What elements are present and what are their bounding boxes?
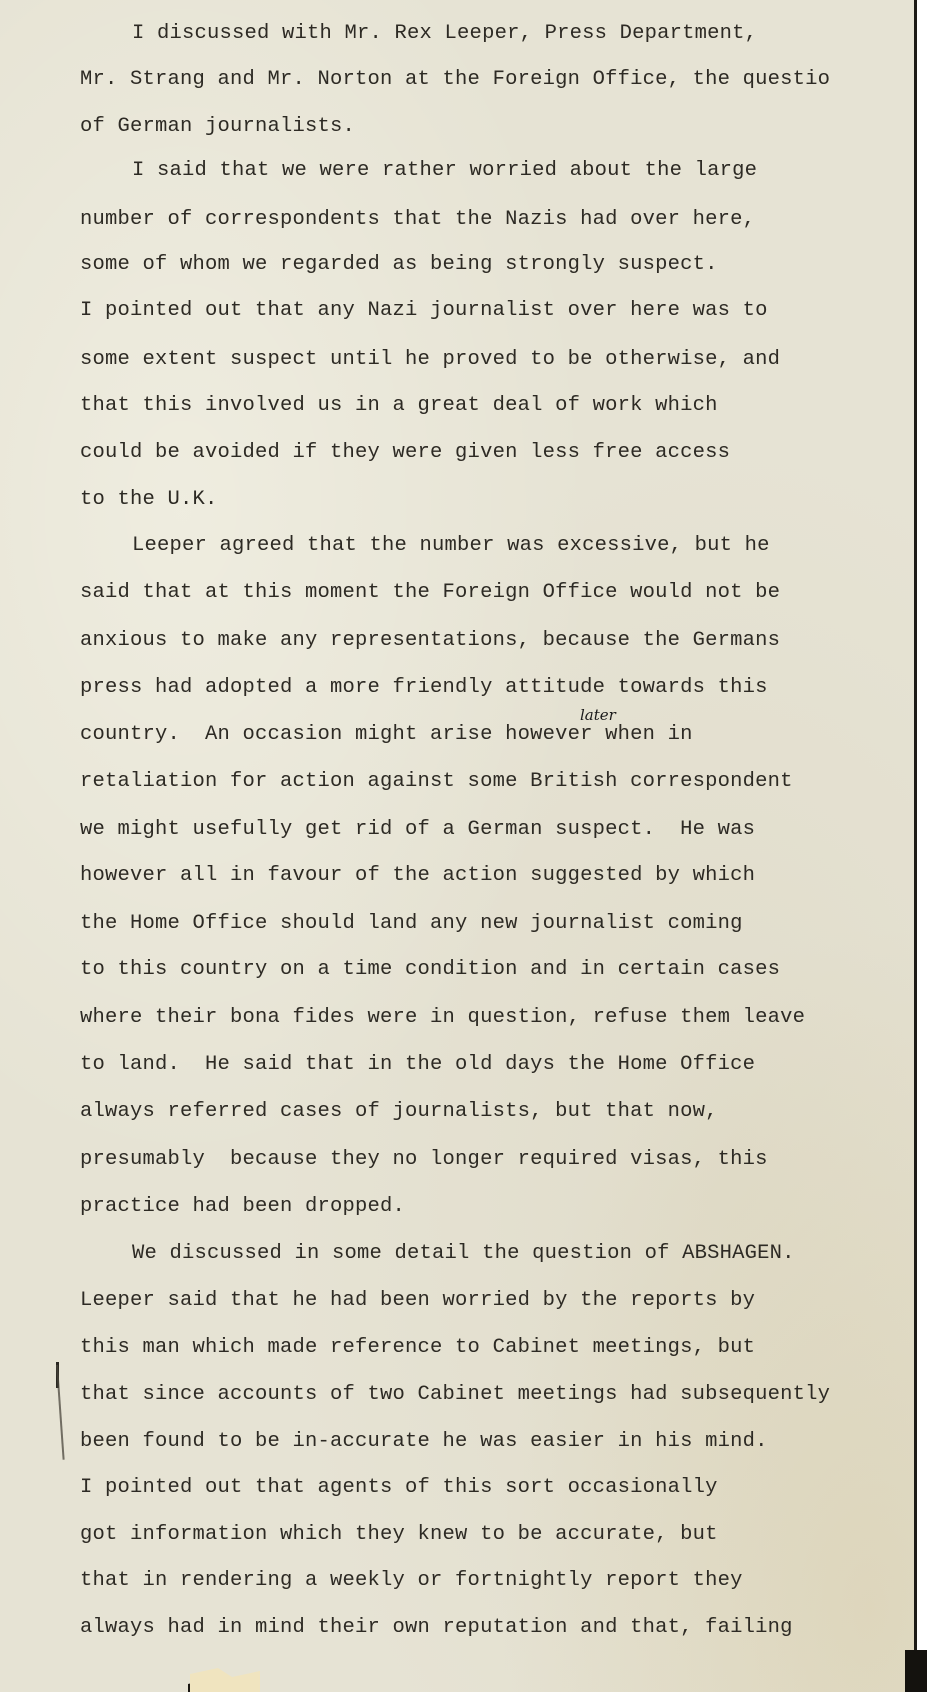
text-line: could be avoided if they were given less… bbox=[80, 443, 730, 464]
text-line: retaliation for action against some Brit… bbox=[80, 772, 793, 793]
text-line: where their bona fides were in question,… bbox=[80, 1008, 805, 1029]
text-line: that since accounts of two Cabinet meeti… bbox=[80, 1385, 830, 1406]
text-line: that this involved us in a great deal of… bbox=[80, 396, 718, 417]
text-line: practice had been dropped. bbox=[80, 1197, 405, 1218]
text-line: this man which made reference to Cabinet… bbox=[80, 1338, 755, 1359]
text-line: that in rendering a weekly or fortnightl… bbox=[80, 1571, 743, 1592]
text-line: to the U.K. bbox=[80, 490, 218, 511]
page-edge-shadow bbox=[914, 0, 917, 1692]
text-line: the Home Office should land any new jour… bbox=[80, 914, 743, 935]
text-line: Leeper said that he had been worried by … bbox=[80, 1291, 755, 1312]
text-line: said that at this moment the Foreign Off… bbox=[80, 583, 780, 604]
margin-annotation-line bbox=[56, 1365, 65, 1460]
text-line: Leeper agreed that the number was excess… bbox=[82, 536, 770, 557]
page-corner-shadow bbox=[905, 1650, 927, 1692]
text-line: I said that we were rather worried about… bbox=[82, 161, 757, 182]
text-line: We discussed in some detail the question… bbox=[82, 1244, 795, 1265]
handwritten-correction: later bbox=[580, 706, 616, 724]
text-line: presumably because they no longer requir… bbox=[80, 1150, 768, 1171]
text-line: to this country on a time condition and … bbox=[80, 960, 780, 981]
text-line: got information which they knew to be ac… bbox=[80, 1525, 718, 1546]
text-line: of German journalists. bbox=[80, 117, 355, 138]
text-line: number of correspondents that the Nazis … bbox=[80, 210, 755, 231]
text-line: country. An occasion might arise however… bbox=[80, 725, 693, 746]
text-line: to land. He said that in the old days th… bbox=[80, 1055, 755, 1076]
text-line: press had adopted a more friendly attitu… bbox=[80, 678, 768, 699]
text-line: anxious to make any representations, bec… bbox=[80, 631, 780, 652]
text-line: always had in mind their own reputation … bbox=[80, 1618, 793, 1639]
text-line: some extent suspect until he proved to b… bbox=[80, 350, 780, 371]
text-line: been found to be in-accurate he was easi… bbox=[80, 1432, 768, 1453]
text-line: Mr. Strang and Mr. Norton at the Foreign… bbox=[80, 70, 830, 91]
text-line: I discussed with Mr. Rex Leeper, Press D… bbox=[82, 24, 757, 45]
text-line: however all in favour of the action sugg… bbox=[80, 866, 755, 887]
typewritten-document-page: I discussed with Mr. Rex Leeper, Press D… bbox=[0, 0, 915, 1692]
text-line: always referred cases of journalists, bu… bbox=[80, 1102, 718, 1123]
text-line: we might usefully get rid of a German su… bbox=[80, 820, 755, 841]
torn-paper-flap bbox=[190, 1668, 260, 1692]
text-line: I pointed out that any Nazi journalist o… bbox=[80, 301, 768, 322]
text-line: some of whom we regarded as being strong… bbox=[80, 255, 718, 276]
text-line: I pointed out that agents of this sort o… bbox=[80, 1478, 718, 1499]
